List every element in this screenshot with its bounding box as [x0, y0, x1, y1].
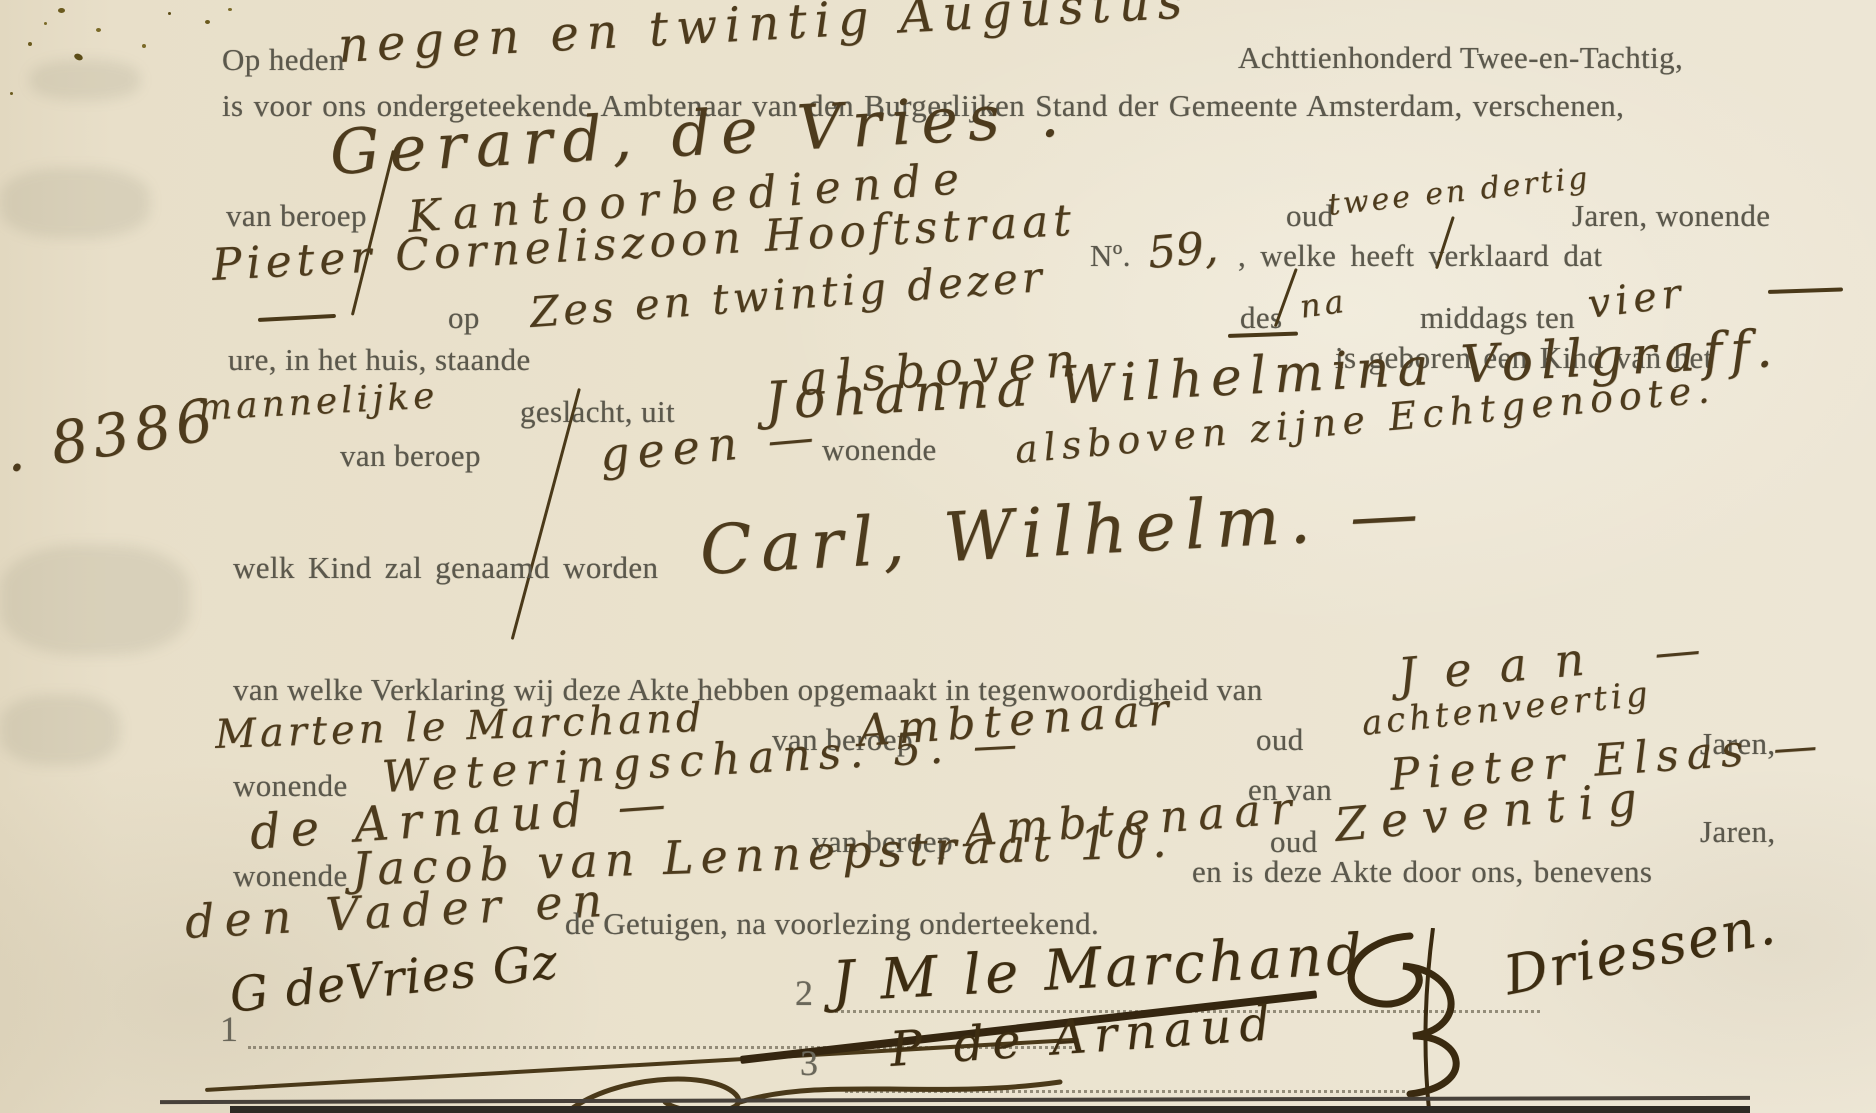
label-op-heden: Op heden [222, 42, 345, 78]
label-ure-huis: ure, in het huis, staande [228, 342, 531, 378]
label-welk-kind: welk Kind zal genaamd worden [233, 550, 658, 586]
entry-birth-hour: vier [1585, 270, 1688, 328]
bleed-through [30, 60, 140, 100]
label-op: op [448, 300, 480, 336]
label-getuigen: de Getuigen, na voorlezing onderteekend. [565, 906, 1099, 942]
birth-certificate-page: Op heden negen en twintig Augustus Achtt… [0, 0, 1876, 1113]
label-akte-door: en is deze Akte door ons, benevens [1192, 854, 1652, 890]
pen-flourish [1274, 268, 1298, 327]
label-house-no: Nº. [1090, 238, 1131, 274]
pen-dash [1768, 287, 1843, 293]
label-oud-2: oud [1256, 722, 1304, 758]
entry-gender: mannelijke [197, 375, 439, 429]
pen-dash [258, 314, 336, 322]
pen-dash [1228, 332, 1298, 338]
ink-speckle [142, 44, 146, 48]
ink-speckle [28, 42, 32, 46]
ink-speckle [58, 8, 65, 13]
entry-child-name: Carl, Wilhelm. — [698, 474, 1429, 591]
label-oud-1: oud [1286, 198, 1334, 234]
bleed-through [0, 545, 190, 655]
entry-declarant-age: twee en dertig [1326, 161, 1592, 223]
label-welke-heeft: , welke heeft verklaard dat [1238, 238, 1602, 274]
entry-house-number: 59, [1146, 222, 1220, 279]
ink-speckle [228, 8, 232, 11]
entry-day-part: na [1297, 282, 1350, 326]
signature-paraph [1315, 928, 1500, 1110]
entry-act-number: . 8386 [0, 385, 222, 486]
bleed-through [0, 168, 150, 238]
bleed-through [0, 695, 120, 765]
label-jaren-wonende: Jaren, wonende [1572, 198, 1770, 234]
entry-date: negen en twintig Augustus [337, 0, 1192, 74]
signature-2-number: 2 [795, 972, 813, 1014]
ink-speckle [168, 12, 171, 15]
page-bottom-edge [230, 1106, 1750, 1113]
label-jaren-2: Jaren, [1700, 814, 1776, 850]
ink-speckle [10, 92, 13, 95]
ink-speckle [96, 28, 101, 32]
label-year: Achttienhonderd Twee-en-Tachtig, [1238, 40, 1683, 76]
ink-speckle [44, 22, 47, 25]
ink-speckle [205, 20, 210, 24]
signature-1: G deVries Gz [227, 934, 561, 1024]
official-signature: Driessen. [1499, 893, 1782, 1007]
label-van-beroep-2: van beroep [340, 438, 481, 474]
label-van-beroep-1: van beroep [226, 198, 367, 234]
label-wonende-1: wonende [822, 432, 937, 468]
